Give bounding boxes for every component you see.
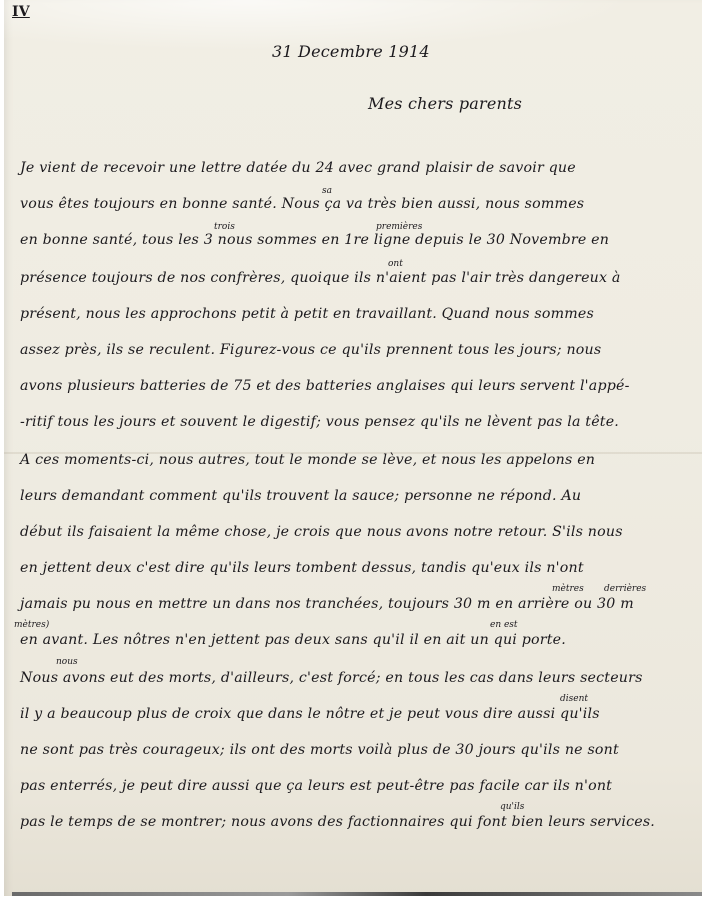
letter-line: -ritif tous les jours et souvent le dige… (20, 414, 619, 430)
letter-line: pas le temps de se montrer; nous avons d… (20, 814, 655, 830)
page-bottom-edge (12, 892, 702, 896)
correction-note: en est (490, 620, 518, 630)
correction-note: trois (214, 222, 235, 232)
correction-note: premières (376, 222, 422, 232)
letter-line: ne sont pas très courageux; ils ont des … (20, 742, 619, 758)
letter-date: 31 Decembre 1914 (272, 42, 430, 61)
letter-line: Nous avons eut des morts, d'ailleurs, c'… (20, 670, 643, 686)
letter-line: vous êtes toujours en bonne santé. Nous … (20, 196, 584, 212)
letter-line: en jettent deux c'est dire qu'ils leurs … (20, 560, 584, 576)
letter-line: jamais pu nous en mettre un dans nos tra… (20, 596, 634, 612)
letter-line: présent, nous les approchons petit à pet… (20, 306, 594, 322)
correction-note: sa (322, 186, 332, 196)
correction-note: qu'ils (500, 802, 524, 812)
letter-line: Je vient de recevoir une lettre datée du… (20, 160, 576, 176)
letter-line: présence toujours de nos confrères, quoi… (20, 270, 621, 286)
page-number: IV (12, 4, 30, 20)
letter-line: début ils faisaient la même chose, je cr… (20, 524, 623, 540)
letter-line: leurs demandant comment qu'ils trouvent … (20, 488, 581, 504)
letter-line: il y a beaucoup plus de croix que dans l… (20, 706, 600, 722)
correction-note: disent (560, 694, 588, 704)
letter-page: IV 31 Decembre 1914 Mes chers parents Je… (4, 0, 702, 896)
correction-note: mètres (552, 584, 584, 594)
correction-note: mètres) (14, 620, 49, 630)
letter-line: assez près, ils se reculent. Figurez-vou… (20, 342, 601, 358)
letter-line: en bonne santé, tous les 3 nous sommes e… (20, 232, 609, 248)
letter-line: en avant. Les nôtres n'en jettent pas de… (20, 632, 566, 648)
letter-line: avons plusieurs batteries de 75 et des b… (20, 378, 630, 394)
letter-line: pas enterrés, je peut dire aussi que ça … (20, 778, 612, 794)
letter-line: A ces moments-ci, nous autres, tout le m… (20, 452, 595, 468)
correction-note: ont (388, 259, 403, 269)
correction-note: derrières (604, 584, 646, 594)
salutation: Mes chers parents (368, 94, 522, 113)
correction-note: nous (56, 657, 78, 667)
